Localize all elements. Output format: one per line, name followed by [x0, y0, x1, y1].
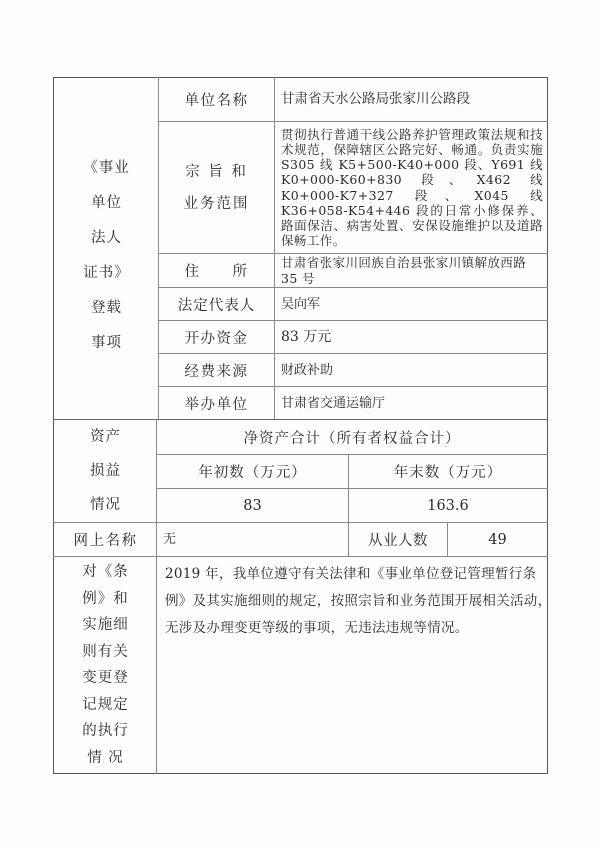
registration-section-label: 《事业 单位 法人 证书》 登载 事项	[55, 78, 158, 419]
label-line: 则有关	[82, 639, 129, 666]
sponsor-unit-label: 举办单位	[159, 387, 274, 419]
legal-representative-value: 吴向军	[275, 288, 547, 320]
address-value: 甘肃省张家川回族自治县张家川镇解放西路 35 号	[275, 254, 547, 287]
year-start-header: 年初数（万元）	[157, 455, 348, 488]
unit-name-value: 甘肃省天水公路局张家川公路段	[275, 78, 547, 121]
year-end-header: 年末数（万元）	[349, 455, 547, 488]
online-name-value: 无	[157, 523, 348, 556]
label-line: 变更登	[82, 665, 129, 692]
start-up-capital-label: 开办资金	[159, 321, 274, 353]
unit-name-label: 单位名称	[159, 78, 274, 121]
label-line: 情况	[90, 488, 121, 522]
label-line: 损益	[90, 454, 121, 488]
text-line: 无涉及办理变更等级的事项，无违法违规等情况。	[165, 615, 469, 642]
compliance-label: 对《条 例》和 实施细 则有关 变更登 记规定 的执行 情 况	[55, 557, 156, 774]
purpose-scope-value: 贯彻执行普通干线公路养护管理政策法规和技术规范，保障辖区公路完好、畅通。负责实施…	[275, 122, 547, 253]
sponsor-unit-value: 甘肃省交通运输厅	[275, 387, 547, 419]
text-line: 例》及其实施细则的规定，按照宗旨和业务范围开展相关活动，	[165, 588, 551, 615]
label-line: 记规定	[82, 692, 129, 719]
assets-section-label: 资产 损益 情况	[55, 420, 156, 522]
label-line: 资产	[90, 420, 121, 454]
label-line: 事项	[91, 326, 122, 361]
registration-report-page: 《事业 单位 法人 证书》 登载 事项 单位名称 甘肃省天水公路局张家川公路段 …	[0, 0, 600, 848]
label-line: 情 况	[87, 745, 124, 772]
funding-source-label: 经费来源	[159, 354, 274, 386]
year-end-value: 163.6	[349, 489, 547, 522]
label-line: 法人	[91, 221, 122, 256]
staff-count-label: 从业人数	[349, 523, 447, 556]
funding-source-value: 财政补助	[275, 354, 547, 386]
text-line: 2019 年，我单位遵守有关法律和《事业单位登记管理暂行条	[165, 561, 536, 588]
label-line: 例》和	[82, 586, 129, 613]
label-line: 对《条	[82, 559, 129, 586]
label-line: 《事业	[83, 151, 130, 186]
compliance-text: 2019 年，我单位遵守有关法律和《事业单位登记管理暂行条 例》及其实施细则的规…	[157, 557, 547, 774]
label-line: 登载	[91, 291, 122, 326]
label-line: 实施细	[82, 612, 129, 639]
label-line: 证书》	[83, 256, 130, 291]
year-start-value: 83	[157, 489, 348, 522]
online-name-label: 网上名称	[55, 523, 156, 556]
purpose-scope-label: 宗 旨 和 业务范围	[159, 122, 274, 253]
staff-count-value: 49	[448, 523, 547, 556]
start-up-capital-value: 83 万元	[275, 321, 547, 353]
label-line: 单位	[91, 186, 122, 221]
net-assets-header: 净资产合计（所有者权益合计）	[157, 420, 547, 454]
label-line: 业务范围	[184, 188, 250, 220]
legal-representative-label: 法定代表人	[159, 288, 274, 320]
label-line: 的执行	[82, 718, 129, 745]
address-label: 住 所	[159, 254, 274, 287]
label-line: 宗 旨 和	[185, 156, 248, 188]
